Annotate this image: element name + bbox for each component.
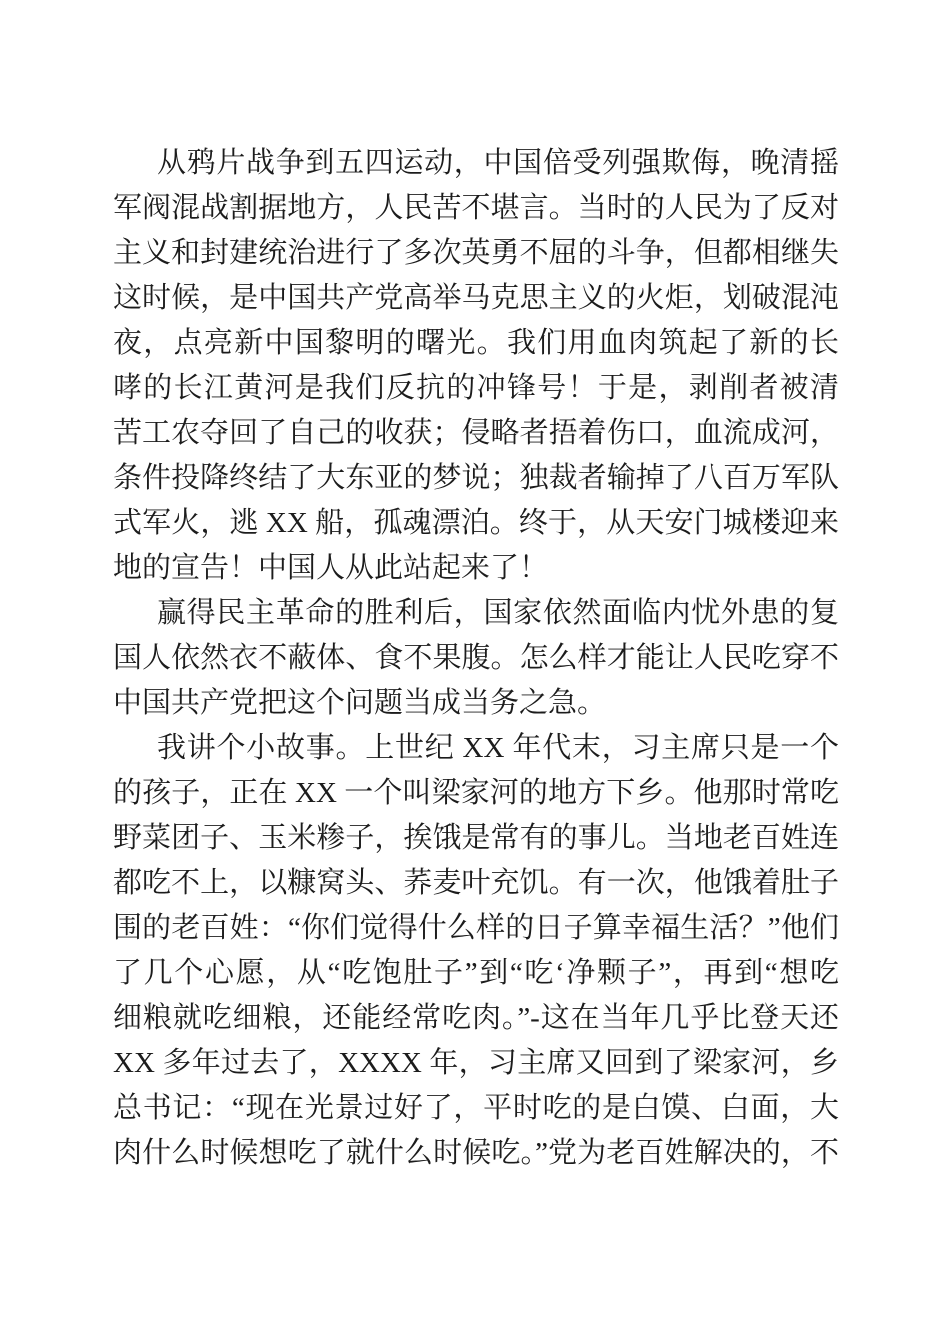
text-line: XX 多年过去了，XXXX 年，习主席又回到了梁家河，乡亲们告诉 xyxy=(113,1041,839,1086)
text-line: 式军火，逃 XX 船，孤魂漂泊。终于，从天安门城楼迎来惊天动 xyxy=(113,501,839,546)
text-line: 肉什么时候想吃了就什么时候吃。”党为老百姓解决的，不仅 xyxy=(113,1131,839,1176)
text-line: 细粮就吃细粮，还能经常吃肉。”-这在当年几乎比登天还难。 xyxy=(113,996,839,1041)
text-line: 赢得民主革命的胜利后，国家依然面临内忧外患的复杂形势， xyxy=(113,591,839,636)
text-line: 的孩子，正在 XX 一个叫梁家河的地方下乡。他那时常吃的就是 xyxy=(113,771,839,816)
text-line: 我讲个小故事。上世纪 XX 年代末，习主席只是一个十几岁 xyxy=(113,726,839,771)
text-line: 野菜团子、玉米糁子，挨饿是常有的事儿。当地老百姓连这些 xyxy=(113,816,839,861)
text-line: 了几个心愿，从“吃饱肚子”到“吃‘净颗子”，再到“想吃 xyxy=(113,951,839,996)
text-line: 主义和封建统治进行了多次英勇不屈的斗争，但都相继失败了。 xyxy=(113,231,839,276)
text-line: 国人依然衣不蔽体、食不果腹。怎么样才能让人民吃穿不愁？ xyxy=(113,636,839,681)
text-line: 地的宣告！中国人从此站起来了！ xyxy=(113,546,839,591)
text-line: 条件投降终结了大东亚的梦说；独裁者输掉了八百万军队和美 xyxy=(113,456,839,501)
document-page: 从鸦片战争到五四运动，中国倍受列强欺侮，晚清摇摇欲坠，军阀混战割据地方，人民苦不… xyxy=(0,0,950,1344)
text-line: 围的老百姓：“你们觉得什么样的日子算幸福生活？”他们讲 xyxy=(113,906,839,951)
text-line: 总书记：“现在光景过好了，平时吃的是白馍、白面，大米和 xyxy=(113,1086,839,1131)
text-line: 从鸦片战争到五四运动，中国倍受列强欺侮，晚清摇摇欲坠， xyxy=(113,141,839,186)
text-line: 中国共产党把这个问题当成当务之急。 xyxy=(113,681,839,726)
document-text-body: 从鸦片战争到五四运动，中国倍受列强欺侮，晚清摇摇欲坠，军阀混战割据地方，人民苦不… xyxy=(113,141,839,1176)
text-line: 哮的长江黄河是我们反抗的冲锋号！于是，剥削者被清算，劳 xyxy=(113,366,839,411)
text-line: 军阀混战割据地方，人民苦不堪言。当时的人民为了反对帝国 xyxy=(113,186,839,231)
text-line: 都吃不上，以糠窝头、荞麦叶充饥。有一次，他饿着肚子问周 xyxy=(113,861,839,906)
text-line: 苦工农夺回了自己的收获；侵略者捂着伤口，血流成河，以无 xyxy=(113,411,839,456)
text-line: 这时候，是中国共产党高举马克思主义的火炬，划破混沌的黑 xyxy=(113,276,839,321)
text-line: 夜，点亮新中国黎明的曙光。我们用血肉筑起了新的长城，咆 xyxy=(113,321,839,366)
